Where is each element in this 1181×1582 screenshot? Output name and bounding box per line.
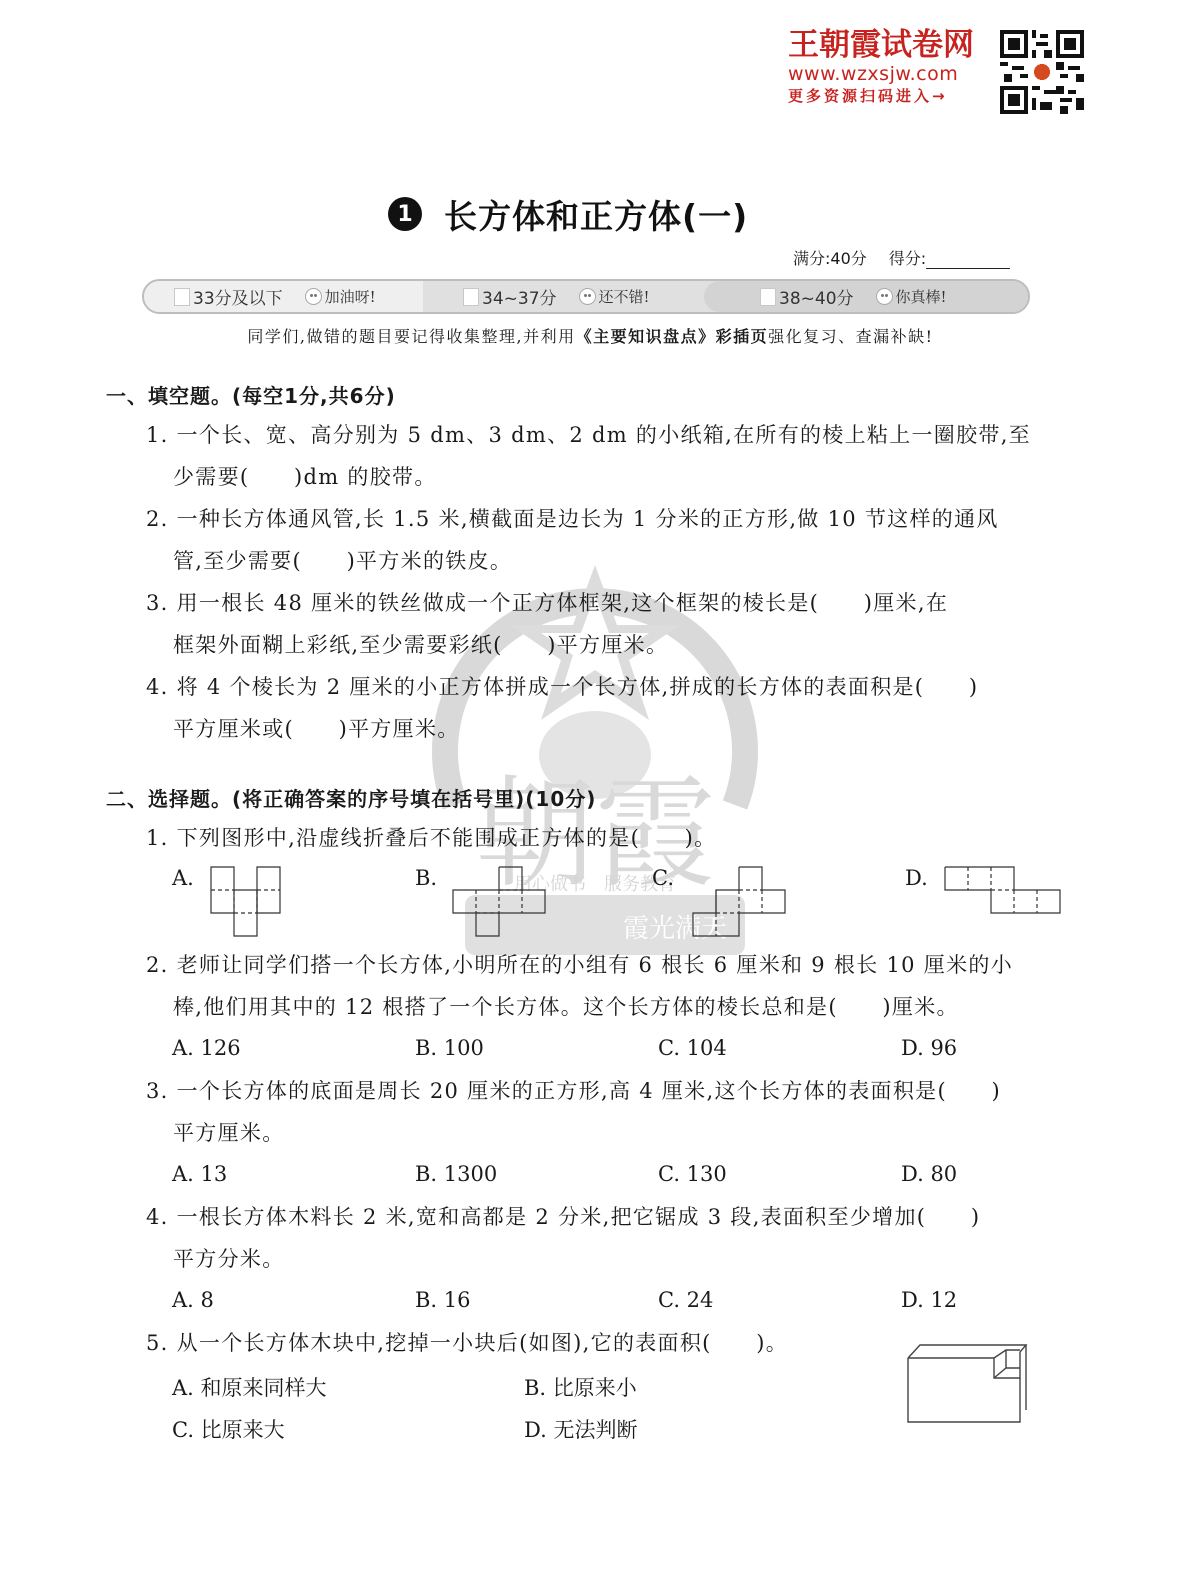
option-d[interactable]: D. 12 xyxy=(901,1288,1144,1312)
choice-question-2: 2. 老师让同学们搭一个长方体,小明所在的小组有 6 根长 6 厘米和 9 根长… xyxy=(146,944,1013,1028)
rating-comment: 你真棒! xyxy=(896,286,947,307)
choice-question-3: 3. 一个长方体的底面是周长 20 厘米的正方形,高 4 厘米,这个长方体的表面… xyxy=(146,1070,1001,1154)
choice-question-1: 1. 下列图形中,沿虚线折叠后不能围成正方体的是( )。 xyxy=(146,817,716,859)
cube-net-a-icon[interactable] xyxy=(210,866,282,938)
option-d[interactable]: D. 无法判断 xyxy=(524,1414,767,1444)
rating-comment: 加油呀! xyxy=(325,286,376,307)
plain-face-icon xyxy=(579,288,596,305)
fill-question-1: 1. 一个长、宽、高分别为 5 dm、3 dm、2 dm 的小纸箱,在所有的棱上… xyxy=(146,414,1031,498)
option-a-label[interactable]: A. xyxy=(172,866,194,890)
smiling-face-icon xyxy=(876,288,893,305)
option-b-label[interactable]: B. xyxy=(415,866,437,890)
page-title: 1 长方体和正方体(一) xyxy=(388,190,748,238)
qr-code-icon[interactable] xyxy=(1000,30,1084,114)
rating-segment-high: 38~40分 你真棒! xyxy=(704,281,1028,312)
option-c[interactable]: C. 24 xyxy=(658,1288,901,1312)
brand-url[interactable]: www.wzxsjw.com xyxy=(788,62,998,86)
option-d-label[interactable]: D. xyxy=(905,866,928,890)
option-d[interactable]: D. 96 xyxy=(901,1036,1144,1060)
rating-range: 33分及以下 xyxy=(193,284,283,309)
notice-highlight: 《主要知识盘点》彩插页 xyxy=(576,327,769,346)
fill-question-3: 3. 用一根长 48 厘米的铁丝做成一个正方体框架,这个框架的棱长是( )厘米,… xyxy=(146,582,948,666)
title-text: 长方体和正方体(一) xyxy=(444,191,748,238)
option-b[interactable]: B. 比原来小 xyxy=(524,1372,767,1402)
choice-question-5: 5. 从一个长方体木块中,挖掉一小块后(如图),它的表面积( )。 xyxy=(146,1322,788,1364)
self-rating-bar: 33分及以下 加油呀! 34~37分 还不错! 38~40分 你真棒! xyxy=(142,279,1030,314)
option-c[interactable]: C. 比原来大 xyxy=(172,1414,524,1444)
rating-checkbox-low[interactable] xyxy=(174,288,190,306)
option-c[interactable]: C. 130 xyxy=(658,1162,901,1186)
rating-checkbox-high[interactable] xyxy=(760,288,776,306)
brand-cta: 更多资源扫码进入→ xyxy=(788,86,998,106)
rating-comment: 还不错! xyxy=(599,286,650,307)
full-score-label: 满分:40分 xyxy=(793,246,867,269)
rating-range: 38~40分 xyxy=(779,284,854,309)
rating-segment-low: 33分及以下 加油呀! xyxy=(144,281,437,312)
fill-question-4: 4. 将 4 个棱长为 2 厘米的小正方体拼成一个长方体,拼成的长方体的表面积是… xyxy=(146,666,978,750)
option-b[interactable]: B. 16 xyxy=(415,1288,658,1312)
option-d[interactable]: D. 80 xyxy=(901,1162,1144,1186)
option-a[interactable]: A. 和原来同样大 xyxy=(172,1372,524,1402)
cube-net-b-icon[interactable] xyxy=(452,866,548,938)
option-b[interactable]: B. 100 xyxy=(415,1036,658,1060)
choice-question-5-options-row2: C. 比原来大 D. 无法判断 xyxy=(172,1414,767,1444)
rating-segment-mid: 34~37分 还不错! xyxy=(423,281,718,312)
score-label: 得分: xyxy=(889,246,926,269)
option-a[interactable]: A. 8 xyxy=(172,1288,415,1312)
crying-face-icon xyxy=(305,288,322,305)
review-notice: 同学们,做错的题目要记得收集整理,并利用《主要知识盘点》彩插页强化复习、查漏补缺… xyxy=(0,324,1181,347)
cube-net-d-icon[interactable] xyxy=(944,866,1062,916)
option-c[interactable]: C. 104 xyxy=(658,1036,901,1060)
score-input-line[interactable] xyxy=(926,251,1010,269)
rating-range: 34~37分 xyxy=(482,284,557,309)
choice-question-5-options-row1: A. 和原来同样大 B. 比原来小 xyxy=(172,1372,767,1402)
option-c-label[interactable]: C. xyxy=(652,866,674,890)
cuboid-with-notch-icon xyxy=(900,1340,1030,1430)
choice-question-4: 4. 一根长方体木料长 2 米,宽和高都是 2 分米,把它锯成 3 段,表面积至… xyxy=(146,1196,980,1280)
brand-logo[interactable]: 王朝霞试卷网 www.wzxsjw.com 更多资源扫码进入→ xyxy=(788,28,998,106)
unit-number-badge: 1 xyxy=(388,197,422,231)
cube-net-c-icon[interactable] xyxy=(692,866,788,938)
option-a[interactable]: A. 126 xyxy=(172,1036,415,1060)
choice-question-2-options: A. 126 B. 100 C. 104 D. 96 xyxy=(172,1036,1144,1060)
option-b[interactable]: B. 1300 xyxy=(415,1162,658,1186)
section-1-heading: 一、填空题。(每空1分,共6分) xyxy=(106,380,396,409)
choice-question-4-options: A. 8 B. 16 C. 24 D. 12 xyxy=(172,1288,1144,1312)
fill-question-2: 2. 一种长方体通风管,长 1.5 米,横截面是边长为 1 分米的正方形,做 1… xyxy=(146,498,999,582)
section-2-heading: 二、选择题。(将正确答案的序号填在括号里)(10分) xyxy=(106,783,596,812)
brand-title: 王朝霞试卷网 xyxy=(788,28,998,62)
option-a[interactable]: A. 13 xyxy=(172,1162,415,1186)
score-row: 满分:40分 得分: xyxy=(793,246,1010,269)
rating-checkbox-mid[interactable] xyxy=(463,288,479,306)
choice-question-3-options: A. 13 B. 1300 C. 130 D. 80 xyxy=(172,1162,1144,1186)
